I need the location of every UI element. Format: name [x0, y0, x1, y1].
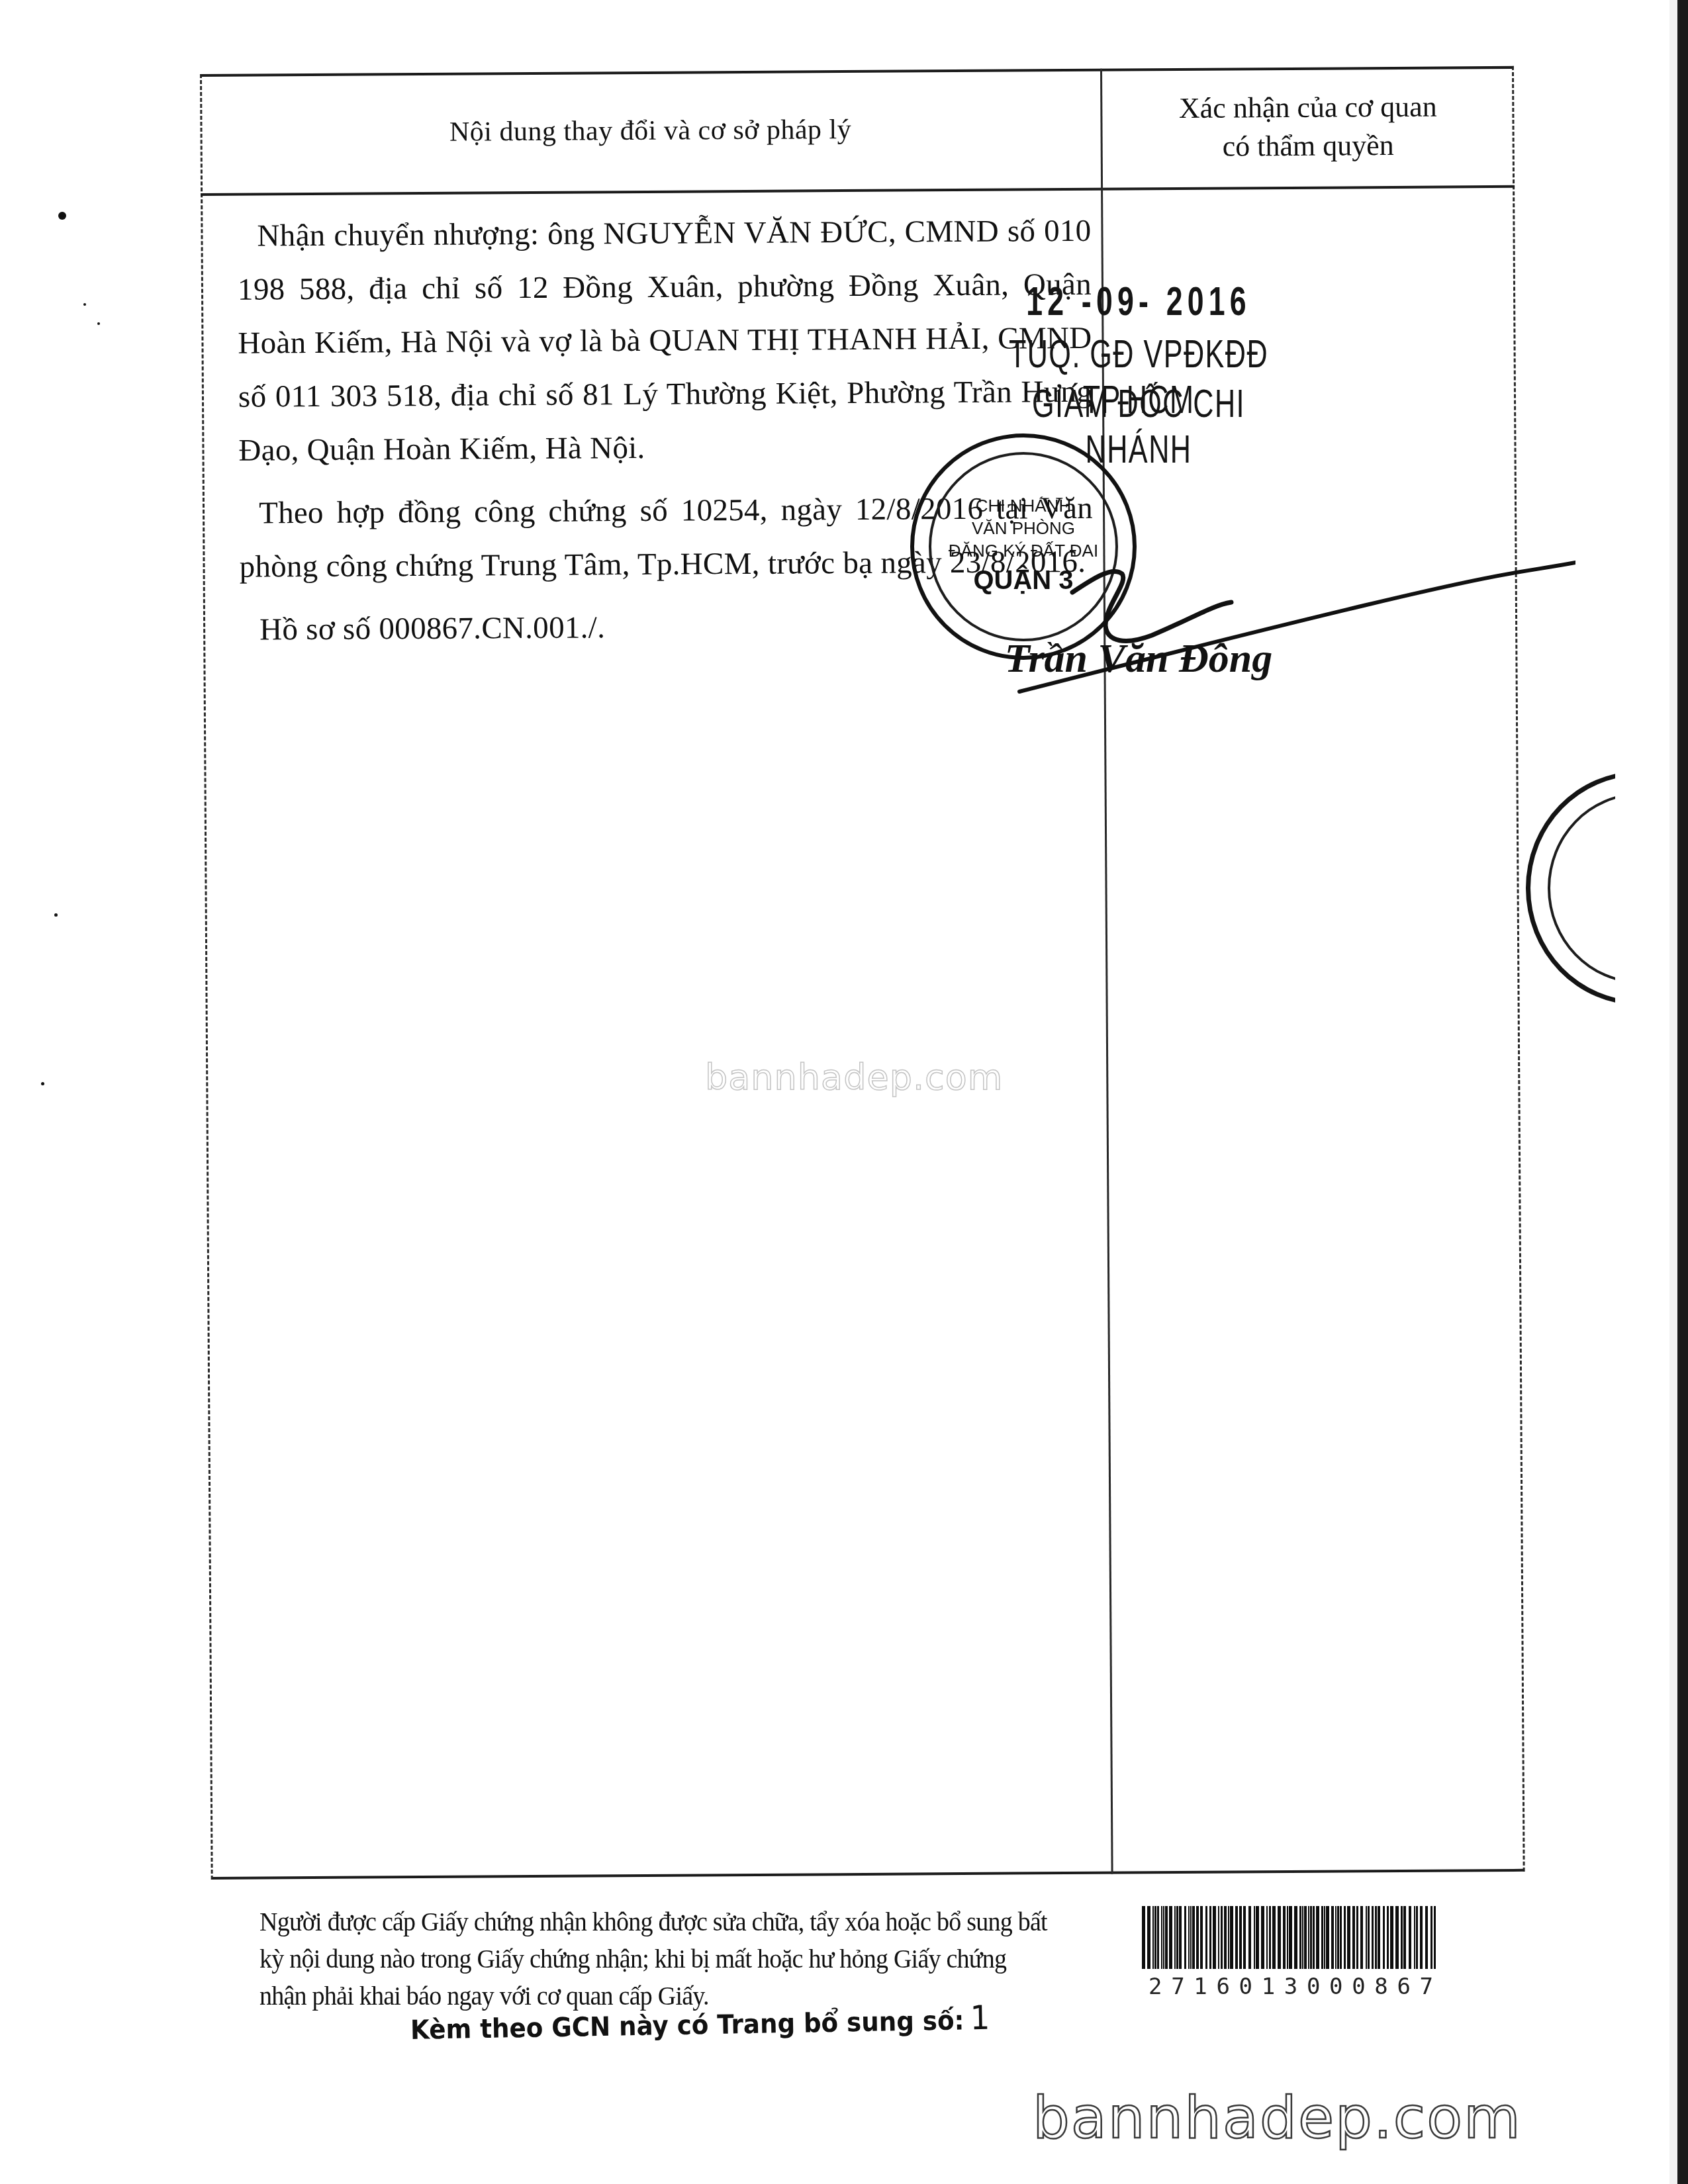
- barcode-digit: 0: [1329, 1974, 1342, 2000]
- amendment-table: Nội dung thay đổi và cơ sở pháp lý Xác n…: [200, 66, 1525, 1880]
- supplement-label: Kèm theo GCN này có Trang bổ sung số:: [410, 2005, 964, 2046]
- scan-speck: [83, 303, 86, 306]
- scan-edge: [1677, 0, 1688, 2184]
- header-authority-line2: có thẩm quyền: [1222, 126, 1393, 166]
- barcode-digit: 8: [1374, 1974, 1387, 2000]
- barcode-digit: 7: [1420, 1974, 1433, 2000]
- barcode-digit: 7: [1171, 1974, 1184, 2000]
- seal-line1: CHI NHÁNH: [976, 494, 1071, 517]
- watermark-center: bannhadep.com: [705, 1056, 1003, 1098]
- barcode-digit: 1: [1262, 1974, 1275, 2000]
- header-change-content-label: Nội dung thay đổi và cơ sở pháp lý: [449, 114, 852, 148]
- header-authority-line1: Xác nhận của cơ quan: [1179, 88, 1437, 128]
- partial-seal-ring: [1526, 771, 1615, 1005]
- barcode-digit: 2: [1149, 1974, 1162, 2000]
- header-change-content: Nội dung thay đổi và cơ sở pháp lý: [200, 69, 1101, 193]
- barcode-digit: 0: [1239, 1974, 1252, 2000]
- header-authority-confirmation: Xác nhận của cơ quan có thẩm quyền: [1102, 66, 1515, 188]
- partial-seal-edge: [1509, 761, 1615, 1013]
- transfer-recipient-paragraph: Nhận chuyển nhượng: ông NGUYỄN VĂN ĐỨC, …: [237, 205, 1092, 478]
- scan-speck: [54, 913, 58, 917]
- barcode: [1142, 1906, 1436, 1969]
- signer-name: Trần Văn Đông: [953, 635, 1324, 682]
- scan-edge-highlight: [1669, 0, 1677, 2184]
- barcode-number: 2716013000867: [1149, 1974, 1433, 2000]
- barcode-digit: 3: [1284, 1974, 1297, 2000]
- watermark-bottom: bannhadep.com: [1033, 2083, 1522, 2152]
- barcode-digit: 0: [1307, 1974, 1320, 2000]
- barcode-digit: 6: [1216, 1974, 1229, 2000]
- certificate-notice: Người được cấp Giấy chứng nhận không đượ…: [259, 1903, 1052, 2015]
- scan-speck: [58, 212, 66, 220]
- scan-speck: [97, 322, 100, 325]
- barcode-digit: 6: [1397, 1974, 1410, 2000]
- barcode-bar: [1436, 1906, 1436, 1969]
- barcode-digit: 0: [1352, 1974, 1365, 2000]
- certification-date: 12 -09- 2016: [1005, 278, 1272, 325]
- scan-speck: [41, 1082, 44, 1085]
- supplement-number: 1: [970, 1999, 990, 2038]
- barcode-digit: 1: [1194, 1974, 1207, 2000]
